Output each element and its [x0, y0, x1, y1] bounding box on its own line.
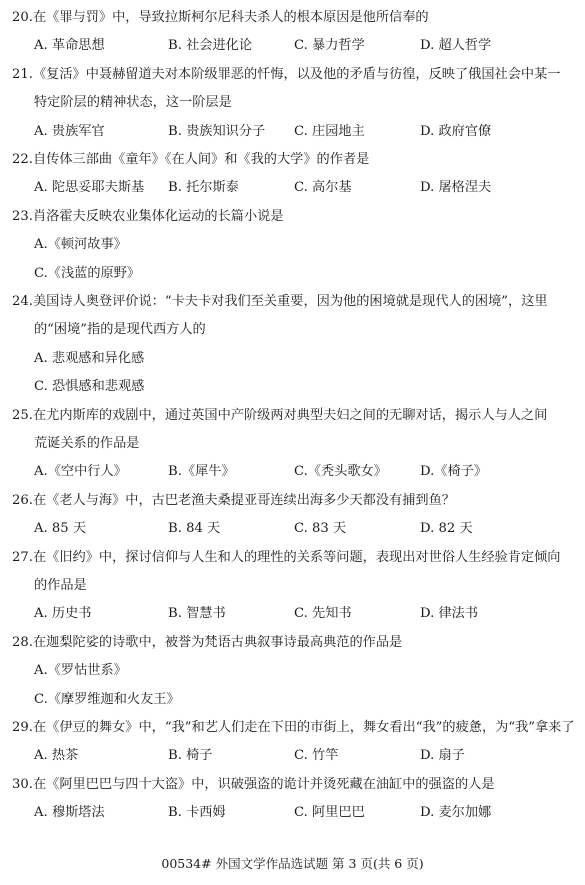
question-text: 在《旧约》中，探讨信仰与人生和人的理性的关系等问题，表现出对世俗人生经验肯定倾向: [33, 550, 561, 565]
option-c: C. 阿里巴巴: [294, 803, 365, 823]
option-a: A.《顿河故事》: [34, 235, 127, 255]
question-number: 24.: [12, 294, 33, 309]
question-text: 在迦梨陀娑的诗歌中，被誉为梵语古典叙事诗最高典范的作品是: [33, 635, 402, 650]
question-stem: 26.在《老人与海》中，古巴老渔夫桑提亚哥连续出海多少天都没有捕到鱼？: [12, 491, 455, 511]
options-row: A.《罗怙世系》: [0, 661, 585, 681]
option-d: D. 屠格涅夫: [420, 178, 491, 198]
option-a: A. 革命思想: [34, 36, 105, 56]
options-row: A. 革命思想B. 社会进化论C. 暴力哲学D. 超人哲学: [0, 36, 585, 56]
question-number: 29.: [12, 720, 33, 735]
question-stem-continued: 的作品是: [34, 576, 87, 596]
option-a: A.《罗怙世系》: [34, 661, 127, 681]
question-text: 在《阿里巴巴与四十大盗》中，识破强盗的诡计并烫死藏在油缸中的强盗的人是: [33, 777, 495, 792]
question-text: 在《罪与罚》中，导致拉斯柯尔尼科夫杀人的根本原因是他所信奉的: [33, 10, 429, 25]
exam-page: 20.在《罪与罚》中，导致拉斯柯尔尼科夫杀人的根本原因是他所信奉的A. 革命思想…: [0, 0, 585, 885]
question-number: 26.: [12, 493, 33, 508]
question-number: 21.: [12, 67, 33, 82]
option-b: B. 84 天: [168, 519, 220, 539]
option-b: B. 社会进化论: [168, 36, 252, 56]
question-text: 特定阶层的精神状态，这一阶层是: [34, 95, 232, 110]
options-row: A. 热茶B. 椅子C. 竹竿D. 扇子: [0, 746, 585, 766]
option-b: B. 贵族知识分子: [168, 122, 265, 142]
options-row: A. 悲观感和异化感: [0, 349, 585, 369]
option-c: C.《浅蓝的原野》: [34, 264, 140, 284]
options-row: A. 穆斯塔法B. 卡西姆C. 阿里巴巴D. 麦尔加娜: [0, 803, 585, 823]
option-b: B.《犀牛》: [168, 462, 235, 482]
option-b: B. 椅子: [168, 746, 212, 766]
option-a: A. 热茶: [34, 746, 78, 766]
option-c: C. 暴力哲学: [294, 36, 365, 56]
question-number: 22.: [12, 152, 33, 167]
question-stem: 28.在迦梨陀娑的诗歌中，被誉为梵语古典叙事诗最高典范的作品是: [12, 633, 402, 653]
question-stem: 23.肖洛霍夫反映农业集体化运动的长篇小说是: [12, 207, 284, 227]
option-c: C. 高尔基: [294, 178, 352, 198]
question-text: 肖洛霍夫反映农业集体化运动的长篇小说是: [33, 209, 284, 224]
question-stem: 22.自传体三部曲《童年》《在人间》和《我的大学》的作者是: [12, 150, 369, 170]
question-number: 30.: [12, 777, 33, 792]
question-text: 的作品是: [34, 578, 87, 593]
options-row: A. 历史书B. 智慧书C. 先知书D. 律法书: [0, 604, 585, 624]
option-a: A.《空中行人》: [34, 462, 127, 482]
question-stem-continued: 的“困境”指的是现代西方人的: [34, 320, 206, 340]
question-number: 28.: [12, 635, 33, 650]
question-stem: 21.《复活》中聂赫留道夫对本阶级罪恶的忏悔，以及他的矛盾与彷徨，反映了俄国社会…: [12, 65, 560, 85]
option-b: B. 智慧书: [168, 604, 226, 624]
options-row: A.《空中行人》B.《犀牛》C.《秃头歌女》D.《椅子》: [0, 462, 585, 482]
options-row: C.《浅蓝的原野》: [0, 264, 585, 284]
option-c: C.《秃头歌女》: [294, 462, 387, 482]
question-stem: 29.在《伊豆的舞女》中，“我”和艺人们走在下田的市街上，舞女看出“我”的疲惫，…: [12, 718, 575, 738]
question-stem: 30.在《阿里巴巴与四十大盗》中，识破强盗的诡计并烫死藏在油缸中的强盗的人是: [12, 775, 495, 795]
question-text: 的“困境”指的是现代西方人的: [34, 322, 206, 337]
option-a: A. 陀思妥耶夫斯基: [34, 178, 144, 198]
option-d: D.《椅子》: [420, 462, 487, 482]
option-c: C.《摩罗维迦和火友王》: [34, 690, 180, 710]
question-stem: 20.在《罪与罚》中，导致拉斯柯尔尼科夫杀人的根本原因是他所信奉的: [12, 8, 429, 28]
option-d: D. 超人哲学: [420, 36, 491, 56]
options-row: C.《摩罗维迦和火友王》: [0, 690, 585, 710]
question-text: 《复活》中聂赫留道夫对本阶级罪恶的忏悔，以及他的矛盾与彷徨，反映了俄国社会中某一: [33, 67, 561, 82]
question-text: 在《伊豆的舞女》中，“我”和艺人们走在下田的市街上，舞女看出“我”的疲惫，为“我…: [33, 720, 575, 735]
question-number: 23.: [12, 209, 33, 224]
option-d: D. 82 天: [420, 519, 473, 539]
options-row: A. 85 天B. 84 天C. 83 天D. 82 天: [0, 519, 585, 539]
question-text: 荒诞关系的作品是: [34, 436, 140, 451]
question-stem-continued: 特定阶层的精神状态，这一阶层是: [34, 93, 232, 113]
question-text: 自传体三部曲《童年》《在人间》和《我的大学》的作者是: [33, 152, 369, 167]
page-footer: 00534# 外国文学作品选试题 第 3 页(共 6 页): [0, 854, 585, 872]
question-text: 在尤内斯库的戏剧中，通过英国中产阶级两对典型夫妇之间的无聊对话，揭示人与人之间: [33, 408, 547, 423]
option-c: C. 先知书: [294, 604, 352, 624]
option-b: B. 托尔斯泰: [168, 178, 239, 198]
option-b: B. 卡西姆: [168, 803, 226, 823]
option-c: C. 83 天: [294, 519, 346, 539]
option-c: C. 恐惧感和悲观感: [34, 377, 144, 397]
option-c: C. 庄园地主: [294, 122, 365, 142]
options-row: A.《顿河故事》: [0, 235, 585, 255]
question-text: 美国诗人奥登评价说：“卡夫卡对我们至关重要，因为他的困境就是现代人的困境”，这里: [33, 294, 548, 309]
option-a: A. 穆斯塔法: [34, 803, 105, 823]
option-d: D. 政府官僚: [420, 122, 491, 142]
option-c: C. 竹竿: [294, 746, 338, 766]
option-a: A. 悲观感和异化感: [34, 349, 144, 369]
option-a: A. 85 天: [34, 519, 86, 539]
option-d: D. 律法书: [420, 604, 478, 624]
option-d: D. 麦尔加娜: [420, 803, 491, 823]
options-row: C. 恐惧感和悲观感: [0, 377, 585, 397]
option-a: A. 历史书: [34, 604, 91, 624]
question-number: 27.: [12, 550, 33, 565]
question-stem: 27.在《旧约》中，探讨信仰与人生和人的理性的关系等问题，表现出对世俗人生经验肯…: [12, 548, 560, 568]
option-d: D. 扇子: [420, 746, 465, 766]
question-text: 在《老人与海》中，古巴老渔夫桑提亚哥连续出海多少天都没有捕到鱼？: [33, 493, 455, 508]
options-row: A. 贵族军官B. 贵族知识分子C. 庄园地主D. 政府官僚: [0, 122, 585, 142]
question-stem: 24.美国诗人奥登评价说：“卡夫卡对我们至关重要，因为他的困境就是现代人的困境”…: [12, 292, 548, 312]
question-number: 25.: [12, 408, 33, 423]
question-stem-continued: 荒诞关系的作品是: [34, 434, 140, 454]
question-number: 20.: [12, 10, 33, 25]
options-row: A. 陀思妥耶夫斯基B. 托尔斯泰C. 高尔基D. 屠格涅夫: [0, 178, 585, 198]
question-stem: 25.在尤内斯库的戏剧中，通过英国中产阶级两对典型夫妇之间的无聊对话，揭示人与人…: [12, 406, 547, 426]
option-a: A. 贵族军官: [34, 122, 105, 142]
